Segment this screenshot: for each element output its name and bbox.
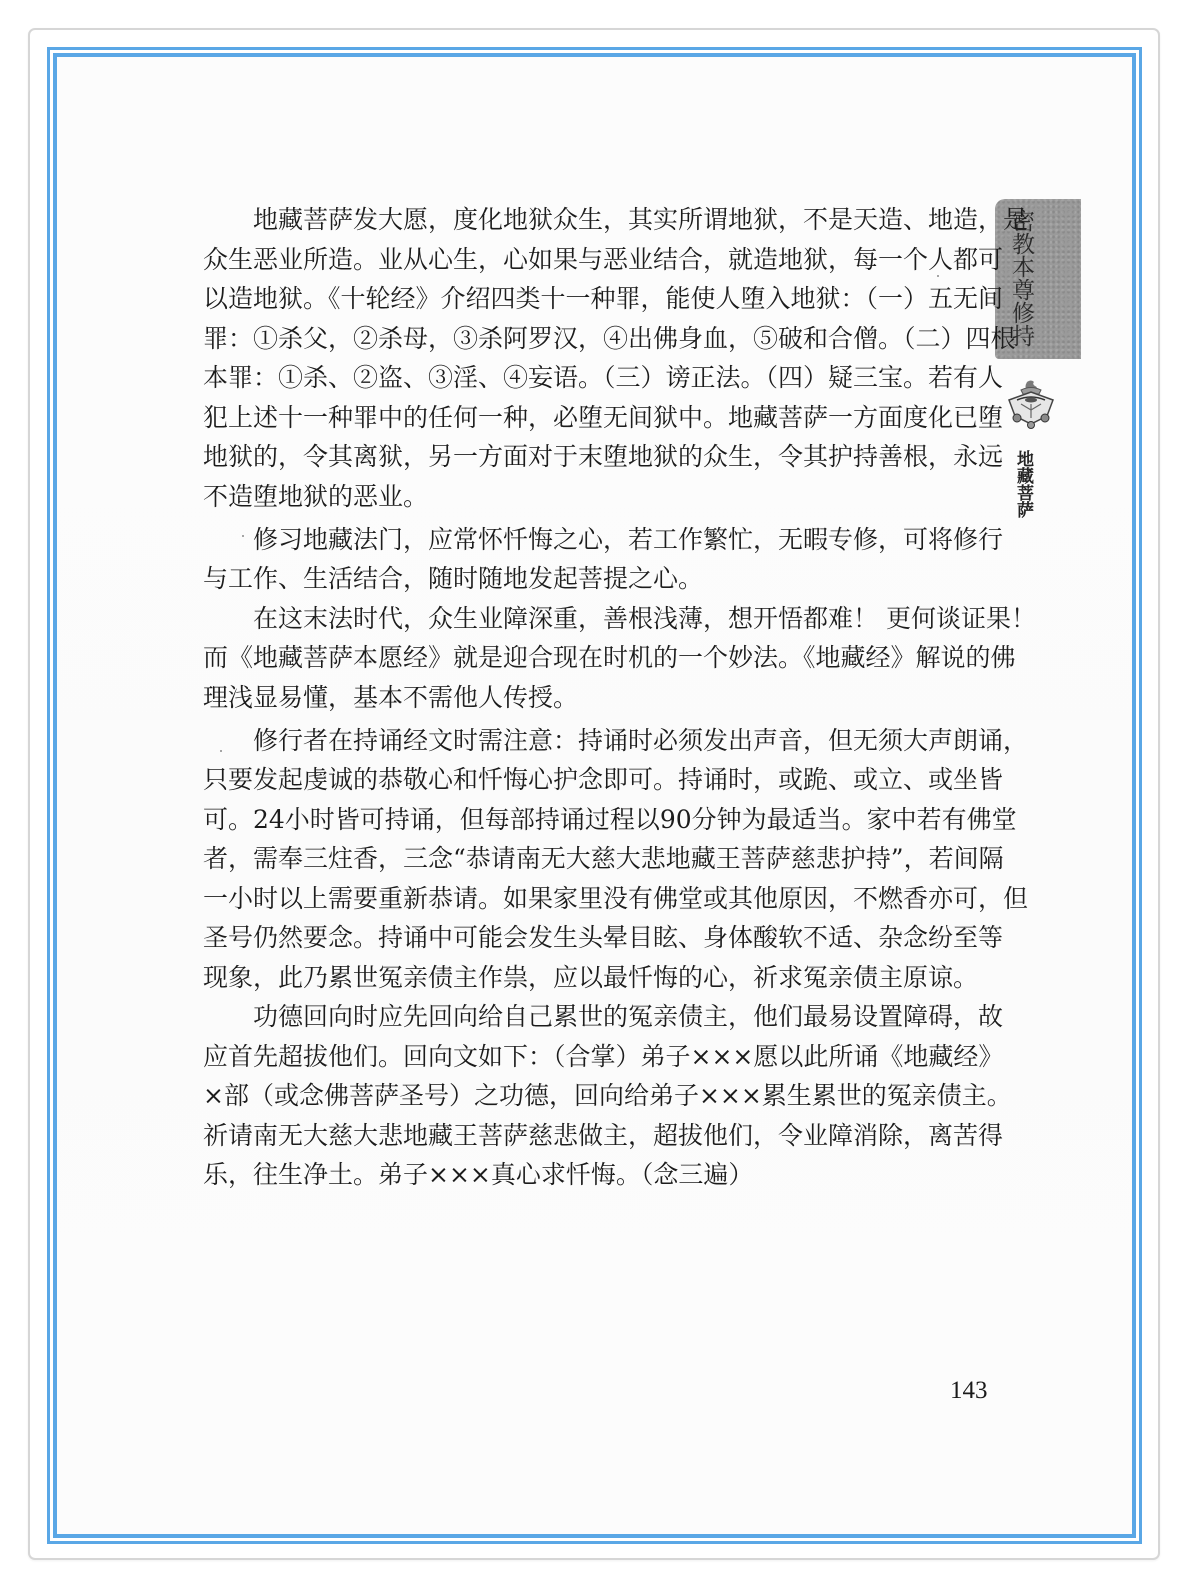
text-line: 祈请南无大慈大悲地藏王菩萨慈悲做主，超拔他们，令业障消除，离苦得 <box>203 1116 945 1156</box>
paragraph: 修行者在持诵经文时需注意：持诵时必须发出声音，但无须大声朗诵， 只要发起虔诚的恭… <box>203 721 945 998</box>
text-line: 在这末法时代，众生业障深重，善根浅薄，想开悟都难！ 更何谈证果！ <box>203 599 945 639</box>
text-line: 罪：①杀父，②杀母，③杀阿罗汉，④出佛身血，⑤破和合僧。（二）四根 <box>203 319 945 359</box>
text-line: 只要发起虔诚的恭敬心和忏悔心护念即可。持诵时，或跪、或立、或坐皆 <box>203 760 945 800</box>
paragraph: 在这末法时代，众生业障深重，善根浅薄，想开悟都难！ 更何谈证果！ 而《地藏菩萨本… <box>203 599 945 718</box>
text-line: 而《地藏菩萨本愿经》就是迎合现在时机的一个妙法。《地藏经》解说的佛 <box>203 638 945 678</box>
paragraph: 修习地藏法门，应常怀忏悔之心，若工作繁忙，无暇专修，可将修行 与工作、生活结合，… <box>203 520 945 599</box>
text-line: 与工作、生活结合，随时随地发起菩提之心。 <box>203 559 945 599</box>
text-line: 理浅显易懂，基本不需他人传授。 <box>203 678 945 718</box>
page-number: 143 <box>950 1377 988 1405</box>
text-line: 应首先超拔他们。回向文如下：（合掌）弟子×××愿以此所诵《地藏经》 <box>203 1037 945 1077</box>
text-line: 者，需奉三炷香，三念“恭请南无大慈大悲地藏王菩萨慈悲护持”，若间隔 <box>203 839 945 879</box>
text-line: 地狱的，令其离狱，另一方面对于末堕地狱的众生，令其护持善根，永远 <box>203 437 945 477</box>
paragraph: 地藏菩萨发大愿，度化地狱众生，其实所谓地狱，不是天造、地造，是 众生恶业所造。业… <box>203 200 945 516</box>
text-line: 功德回向时应先回向给自己累世的冤亲债主，他们最易设置障碍，故 <box>203 997 945 1037</box>
text-line: 现象，此乃累世冤亲债主作祟，应以最忏悔的心，祈求冤亲债主原谅。 <box>203 958 945 998</box>
text-line: 众生恶业所造。业从心生，心如果与恶业结合，就造地狱，每一个人都可 <box>203 240 945 280</box>
body-text: 地藏菩萨发大愿，度化地狱众生，其实所谓地狱，不是天造、地造，是 众生恶业所造。业… <box>203 200 945 1195</box>
text-line: 犯上述十一种罪中的任何一种，必堕无间狱中。地藏菩萨一方面度化已堕 <box>203 398 945 438</box>
text-line: 修习地藏法门，应常怀忏悔之心，若工作繁忙，无暇专修，可将修行 <box>203 520 945 560</box>
text-line: 乐，往生净土。弟子×××真心求忏悔。（念三遍） <box>203 1155 945 1195</box>
text-line: 地藏菩萨发大愿，度化地狱众生，其实所谓地狱，不是天造、地造，是 <box>203 200 945 240</box>
chapter-label: 地藏菩萨 <box>1007 450 1033 518</box>
paragraph: 功德回向时应先回向给自己累世的冤亲债主，他们最易设置障碍，故 应首先超拔他们。回… <box>203 997 945 1195</box>
text-line: ×部（或念佛菩萨圣号）之功德，回向给弟子×××累生累世的冤亲债主。 <box>203 1076 945 1116</box>
text-line: 圣号仍然要念。持诵中可能会发生头晕目眩、身体酸软不适、杂念纷至等 <box>203 918 945 958</box>
lotus-jewel-ornament-icon <box>1003 378 1059 430</box>
text-line: 修行者在持诵经文时需注意：持诵时必须发出声音，但无须大声朗诵， <box>203 721 945 761</box>
text-line: 可。24小时皆可持诵，但每部持诵过程以90分钟为最适当。家中若有佛堂 <box>203 800 945 840</box>
text-line: 本罪：①杀、②盗、③淫、④妄语。（三）谤正法。（四）疑三宝。若有人 <box>203 358 945 398</box>
text-line: 不造堕地狱的恶业。 <box>203 477 945 517</box>
text-line: 以造地狱。《十轮经》介绍四类十一种罪，能使人堕入地狱：（一）五无间 <box>203 279 945 319</box>
text-line: 一小时以上需要重新恭请。如果家里没有佛堂或其他原因，不燃香亦可，但 <box>203 879 945 919</box>
